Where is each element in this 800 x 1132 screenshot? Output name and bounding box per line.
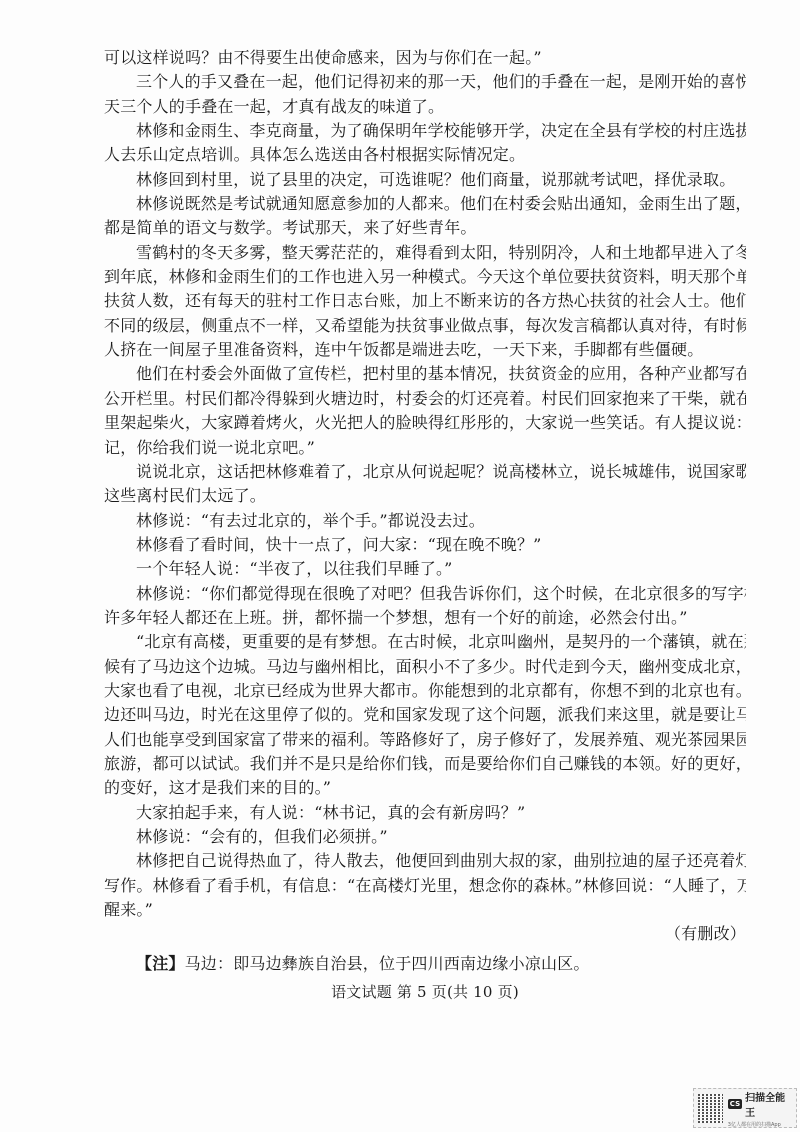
text-line: 说说北京，这话把林修难着了，北京从何说起呢？说高楼林立，说长城雄伟，说国家歌剧院… [104,460,746,484]
text-line: 人去乐山定点培训。具体怎么选送由各村根据实际情况定。 [104,143,746,167]
text-line: 许多年轻人都还在上班。拼，都怀揣一个梦想，想有一个好的前途，必然会付出。” [104,606,746,630]
watermark-title: 扫描全能王 [745,1089,792,1119]
text-line: 林修说：“有去过北京的，举个手。”都说没去过。 [104,509,746,533]
text-line: 雪鹤村的冬天多雾，整天雾茫茫的，难得看到太阳，特别阴冷，人和土地都早进入了冬眠。… [104,241,746,265]
text-line: 天三个人的手叠在一起，才真有战友的味道了。 [104,95,746,119]
text-line: 他们在村委会外面做了宣传栏，把村里的基本情况，扶贫资金的应用，各种产业都写在村务 [104,362,746,386]
footnote-text: 马边：即马边彝族自治县，位于四川西南边缘小凉山区。 [185,954,590,973]
text-line: 三个人的手又叠在一起，他们记得初来的那一天，他们的手叠在一起，是刚开始的喜悦，而… [104,70,746,94]
text-line: 边还叫马边，时光在这里停了似的。党和国家发现了这个问题，派我们来这里，就是要让马… [104,703,746,727]
text-line: 人挤在一间屋子里准备资料，连中午饭都是端进去吃，一天下来，手脚都有些僵硬。 [104,338,746,362]
text-line: 醒来。” [104,898,746,922]
footnote-label: 【注】 [136,954,185,973]
text-line: 林修看了看时间，快十一点了，问大家：“现在晚不晚？” [104,533,746,557]
text-line: 公开栏里。村民们都冷得躲到火塘边时，村委会的灯还亮着。村民们回家抱来了干柴，就在… [104,387,746,411]
text-line: 林修回到村里，说了县里的决定，可选谁呢？他们商量，说那就考试吧，择优录取。 [104,168,746,192]
text-line: 林修说既然是考试就通知愿意参加的人都来。他们在村委会贴出通知，金雨生出了题，其实 [104,192,746,216]
text-line: 旅游，都可以试试。我们并不是只是给你们钱，而是要给你们自己赚钱的本领。好的更好，… [104,752,746,776]
page-footer: 语文试题 第 5 页(共 10 页) [104,980,746,1004]
qr-code-icon [698,1093,723,1123]
edit-credit: （有删改） [104,922,746,946]
watermark-subtitle: 3亿人都在用的扫描App [728,1121,792,1128]
text-line: 人们也能享受到国家富了带来的福利。等路修好了，房子修好了，发展养殖、观光茶园果园… [104,728,746,752]
text-line: 写作。林修看了看手机，有信息：“在高楼灯光里，想念你的森林。”林修回说：“人睡了… [104,874,746,898]
text-line: 林修和金雨生、李克商量，为了确保明年学校能够开学，决定在全县有学校的村庄选拔一批 [104,119,746,143]
text-line: 林修说：“你们都觉得现在很晚了对吧？但我告诉你们，这个时候，在北京很多的写字楼里… [104,582,746,606]
text-line: 候有了马边这个边城。马边与幽州相比，面积小不了多少。时代走到今天，幽州变成北京，… [104,655,746,679]
text-line: 林修说：“会有的，但我们必须拼。” [104,825,746,849]
text-line: 可以这样说吗？由不得要生出使命感来，因为与你们在一起。” [104,46,746,70]
text-line: 的变好，这才是我们来的目的。” [104,776,746,800]
camscanner-logo-icon: CS [728,1099,742,1109]
article-body: 可以这样说吗？由不得要生出使命感来，因为与你们在一起。”三个人的手又叠在一起，他… [104,46,746,922]
text-line: 不同的级层，侧重点不一样，又希望能为扶贫事业做点事，每次发言稿都认真对待，有时候… [104,314,746,338]
footnote: 【注】马边：即马边彝族自治县，位于四川西南边缘小凉山区。 [104,952,746,976]
text-line: 林修把自己说得热血了，待人散去，他便回到曲别大叔的家，曲别拉迪的屋子还亮着灯，他… [104,849,746,873]
text-line: 里架起柴火，大家蹲着烤火，火光把人的脸映得红彤彤的，大家说一些笑话。有人提议说：… [104,411,746,435]
text-line: 扶贫人数，还有每天的驻村工作日志台账，加上不断来访的各方热心扶贫的社会人士。他们… [104,289,746,313]
text-line: 一个年轻人说：“半夜了，以往我们早睡了。” [104,557,746,581]
text-line: 都是简单的语文与数学。考试那天，来了好些青年。 [104,216,746,240]
text-line: “北京有高楼，更重要的是有梦想。在古时候，北京叫幽州，是契丹的一个藩镇，就在那个… [104,630,746,654]
document-page: 可以这样说吗？由不得要生出使命感来，因为与你们在一起。”三个人的手又叠在一起，他… [104,46,746,1004]
scanner-watermark: CS 扫描全能王 3亿人都在用的扫描App [693,1088,797,1128]
text-line: 大家也看了电视，北京已经成为世界大都市。你能想到的北京都有，你想不到的北京也有。… [104,679,746,703]
text-line: 记，你给我们说一说北京吧。” [104,436,746,460]
text-line: 这些离村民们太远了。 [104,484,746,508]
text-line: 到年底，林修和金雨生们的工作也进入另一种模式。今天这个单位要扶贫资料，明天那个单… [104,265,746,289]
text-line: 大家拍起手来，有人说：“林书记，真的会有新房吗？” [104,801,746,825]
